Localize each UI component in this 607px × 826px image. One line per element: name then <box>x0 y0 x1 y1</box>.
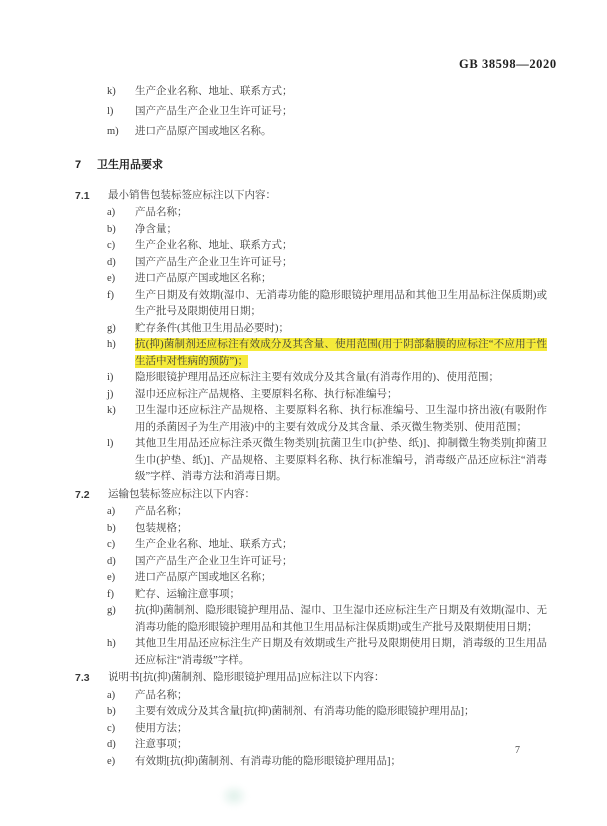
list-item-text: 国产产品生产企业卫生许可证号； <box>135 102 547 122</box>
list-item: a)产品名称； <box>75 504 547 521</box>
standard-code: GB 38598—2020 <box>459 57 557 72</box>
document-page: GB 38598—2020 k)生产企业名称、地址、联系方式；l)国产产品生产企… <box>0 0 607 826</box>
list-item: i)隐形眼镜护理用品还应标注主要有效成分及其含量(有消毒作用的)、使用范围； <box>75 370 547 387</box>
list-item: b)净含量； <box>75 222 547 239</box>
section-number: 7 <box>75 157 97 174</box>
list-item-text: 产品名称； <box>135 504 547 521</box>
list-item-marker: e) <box>107 271 135 288</box>
list-item-marker: i) <box>107 370 135 387</box>
list-item: h)其他卫生用品还应标注生产日期及有效期或生产批号及限期使用日期，消毒级的卫生用… <box>75 636 547 669</box>
list-item-text: 贮存、运输注意事项； <box>135 587 547 604</box>
list-item-text: 国产产品生产企业卫生许可证号； <box>135 255 547 272</box>
list-item: b)主要有效成分及其含量[抗(抑)菌制剂、有消毒功能的隐形眼镜护理用品]； <box>75 704 547 721</box>
list-item-marker: a) <box>107 504 135 521</box>
list-item-text: 进口产品原产国或地区名称； <box>135 570 547 587</box>
list-item-marker: c) <box>107 238 135 255</box>
list-item: k)生产企业名称、地址、联系方式； <box>75 82 547 102</box>
list-item-marker: b) <box>107 222 135 239</box>
list-item-marker: k) <box>107 82 135 102</box>
list-item: e)进口产品原产国或地区名称； <box>75 570 547 587</box>
list-item-text: 净含量； <box>135 222 547 239</box>
clause-heading: 7.2运输包装标签应标注以下内容： <box>75 487 547 504</box>
clause: 7.2运输包装标签应标注以下内容：a)产品名称；b)包装规格；c)生产企业名称、… <box>75 487 547 670</box>
list-item-text: 使用方法； <box>135 721 547 738</box>
list-item-marker: h) <box>107 636 135 669</box>
list-item-marker: d) <box>107 255 135 272</box>
list-item: k)卫生湿巾还应标注产品规格、主要原料名称、执行标准编号、卫生湿巾挤出液(有吸附… <box>75 403 547 436</box>
list-item: g)贮存条件(其他卫生用品必要时)； <box>75 321 547 338</box>
list-item-text: 产品名称； <box>135 688 547 705</box>
list-item-marker: g) <box>107 321 135 338</box>
page-number: 7 <box>515 745 520 756</box>
clause-heading: 7.1最小销售包装标签应标注以下内容： <box>75 188 547 205</box>
list-item-text: 生产企业名称、地址、联系方式； <box>135 537 547 554</box>
list-item-text: 湿巾还应标注产品规格、主要原料名称、执行标准编号； <box>135 387 547 404</box>
clause-heading: 7.3说明书[抗(抑)菌制剂、隐形眼镜护理用品]应标注以下内容： <box>75 670 547 687</box>
clause: 7.1最小销售包装标签应标注以下内容：a)产品名称；b)净含量；c)生产企业名称… <box>75 188 547 486</box>
section-title: 卫生用品要求 <box>97 159 163 171</box>
list-item: g)抗(抑)菌制剂、隐形眼镜护理用品、湿巾、卫生湿巾还应标注生产日期及有效期(湿… <box>75 603 547 636</box>
list-item-text: 产品名称； <box>135 205 547 222</box>
list-item-marker: b) <box>107 704 135 721</box>
continuation-list: k)生产企业名称、地址、联系方式；l)国产产品生产企业卫生许可证号；m)进口产品… <box>75 82 547 142</box>
list-item-text: 生产企业名称、地址、联系方式； <box>135 238 547 255</box>
list-item-text: 生产日期及有效期(湿巾、无消毒功能的隐形眼镜护理用品和其他卫生用品标注保质期)或… <box>135 288 547 321</box>
list-item-marker: d) <box>107 737 135 754</box>
list-item-marker: c) <box>107 721 135 738</box>
list-item-marker: f) <box>107 288 135 321</box>
list-item: c)使用方法； <box>75 721 547 738</box>
list-item-text: 抗(抑)菌制剂还应标注有效成分及其含量、使用范围(用于阴部黏膜的应标注“不应用于… <box>135 337 547 370</box>
list-item-marker: g) <box>107 603 135 636</box>
list-item-text: 卫生湿巾还应标注产品规格、主要原料名称、执行标准编号、卫生湿巾挤出液(有吸附作用… <box>135 403 547 436</box>
list-item: f)贮存、运输注意事项； <box>75 587 547 604</box>
clause-title: 说明书[抗(抑)菌制剂、隐形眼镜护理用品]应标注以下内容： <box>108 670 547 687</box>
list-item-marker: m) <box>107 122 135 142</box>
list-item: l)国产产品生产企业卫生许可证号； <box>75 102 547 122</box>
list-item-text: 注意事项； <box>135 737 547 754</box>
list-item: d)国产产品生产企业卫生许可证号； <box>75 554 547 571</box>
list-item-marker: d) <box>107 554 135 571</box>
list-item: c)生产企业名称、地址、联系方式； <box>75 537 547 554</box>
clause-item-list: a)产品名称；b)主要有效成分及其含量[抗(抑)菌制剂、有消毒功能的隐形眼镜护理… <box>75 688 547 771</box>
list-item-marker: h) <box>107 337 135 370</box>
clause-number: 7.1 <box>75 188 108 205</box>
list-item-text: 贮存条件(其他卫生用品必要时)； <box>135 321 547 338</box>
list-item-text: 主要有效成分及其含量[抗(抑)菌制剂、有消毒功能的隐形眼镜护理用品]； <box>135 704 547 721</box>
list-item: m)进口产品原产国或地区名称。 <box>75 122 547 142</box>
clause-title: 运输包装标签应标注以下内容： <box>108 487 547 504</box>
list-item-marker: l) <box>107 102 135 122</box>
list-item: h)抗(抑)菌制剂还应标注有效成分及其含量、使用范围(用于阴部黏膜的应标注“不应… <box>75 337 547 370</box>
list-item-text: 抗(抑)菌制剂、隐形眼镜护理用品、湿巾、卫生湿巾还应标注生产日期及有效期(湿巾、… <box>135 603 547 636</box>
list-item-marker: e) <box>107 754 135 771</box>
list-item-text: 生产企业名称、地址、联系方式； <box>135 82 547 102</box>
list-item-text: 进口产品原产国或地区名称。 <box>135 122 547 142</box>
list-item: d)注意事项； <box>75 737 547 754</box>
list-item-marker: k) <box>107 403 135 436</box>
list-item-text: 有效期[抗(抑)菌制剂、有消毒功能的隐形眼镜护理用品]； <box>135 754 547 771</box>
clause-item-list: a)产品名称；b)包装规格；c)生产企业名称、地址、联系方式；d)国产产品生产企… <box>75 504 547 669</box>
list-item: c)生产企业名称、地址、联系方式； <box>75 238 547 255</box>
highlighted-text: 抗(抑)菌制剂还应标注有效成分及其含量、使用范围(用于阴部黏膜的应标注“不应用于… <box>135 338 547 368</box>
list-item-marker: j) <box>107 387 135 404</box>
list-item-text: 其他卫生用品还应标注生产日期及有效期或生产批号及限期使用日期，消毒级的卫生用品还… <box>135 636 547 669</box>
clauses: 7.1最小销售包装标签应标注以下内容：a)产品名称；b)净含量；c)生产企业名称… <box>75 188 547 771</box>
list-item: a)产品名称； <box>75 205 547 222</box>
clause-number: 7.3 <box>75 670 108 687</box>
list-item: a)产品名称； <box>75 688 547 705</box>
list-item: d)国产产品生产企业卫生许可证号； <box>75 255 547 272</box>
clause: 7.3说明书[抗(抑)菌制剂、隐形眼镜护理用品]应标注以下内容：a)产品名称；b… <box>75 670 547 770</box>
list-item-text: 国产产品生产企业卫生许可证号； <box>135 554 547 571</box>
list-item-marker: c) <box>107 537 135 554</box>
list-item: f)生产日期及有效期(湿巾、无消毒功能的隐形眼镜护理用品和其他卫生用品标注保质期… <box>75 288 547 321</box>
list-item-marker: e) <box>107 570 135 587</box>
list-item: e)有效期[抗(抑)菌制剂、有消毒功能的隐形眼镜护理用品]； <box>75 754 547 771</box>
list-item-text: 进口产品原产国或地区名称； <box>135 271 547 288</box>
list-item-marker: a) <box>107 688 135 705</box>
list-item: l)其他卫生用品还应标注杀灭微生物类别[抗菌卫生巾(护垫、纸)]、抑制微生物类别… <box>75 436 547 486</box>
clause-number: 7.2 <box>75 487 108 504</box>
list-item: e)进口产品原产国或地区名称； <box>75 271 547 288</box>
list-item-marker: b) <box>107 521 135 538</box>
list-item-text: 包装规格； <box>135 521 547 538</box>
clause-item-list: a)产品名称；b)净含量；c)生产企业名称、地址、联系方式；d)国产产品生产企业… <box>75 205 547 486</box>
list-item-text: 隐形眼镜护理用品还应标注主要有效成分及其含量(有消毒作用的)、使用范围； <box>135 370 547 387</box>
list-item-marker: a) <box>107 205 135 222</box>
list-item-marker: l) <box>107 436 135 486</box>
clause-title: 最小销售包装标签应标注以下内容： <box>108 188 547 205</box>
list-item-text: 其他卫生用品还应标注杀灭微生物类别[抗菌卫生巾(护垫、纸)]、抑制微生物类别[抑… <box>135 436 547 486</box>
list-item-marker: f) <box>107 587 135 604</box>
list-item: j)湿巾还应标注产品规格、主要原料名称、执行标准编号； <box>75 387 547 404</box>
scan-smudge <box>220 784 248 808</box>
section-heading: 7卫生用品要求 <box>75 157 547 174</box>
page-content: k)生产企业名称、地址、联系方式；l)国产产品生产企业卫生许可证号；m)进口产品… <box>75 82 547 770</box>
list-item: b)包装规格； <box>75 521 547 538</box>
